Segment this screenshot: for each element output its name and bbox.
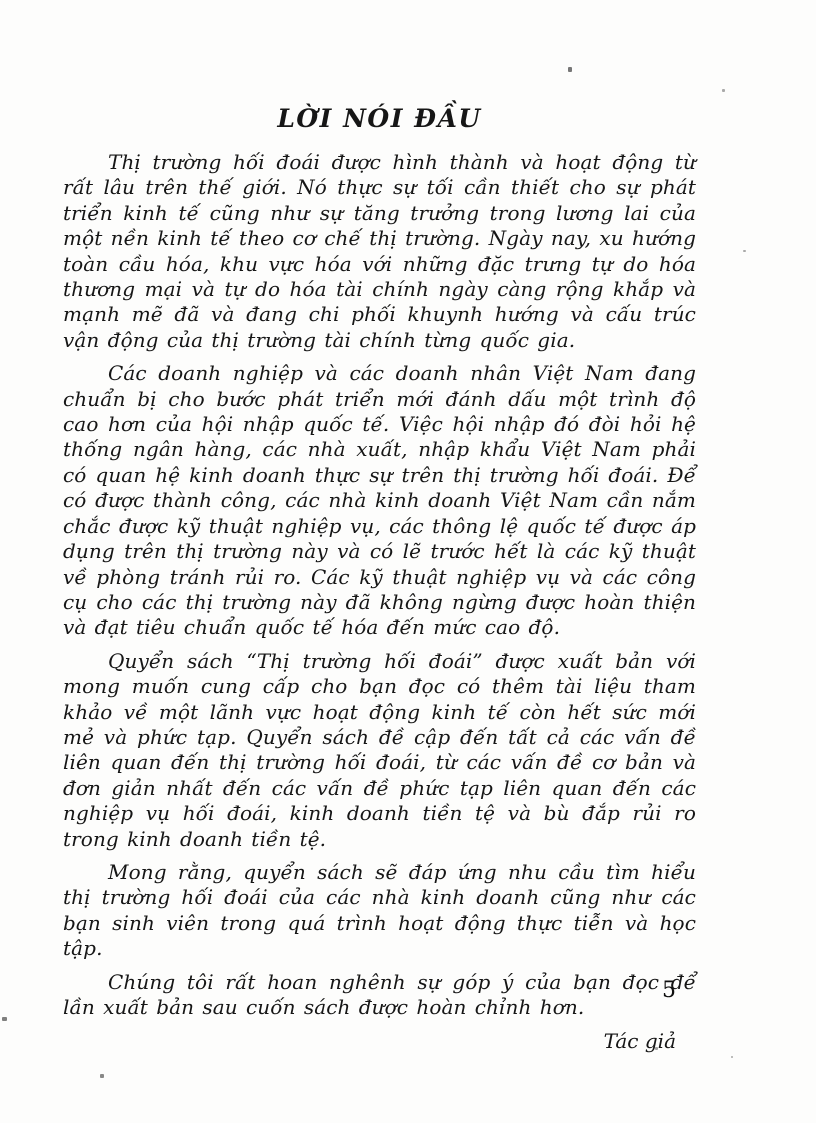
paragraph-book-purpose: Quyển sách “Thị trường hối đoái” được xu… <box>63 649 696 852</box>
page-title: LỜI NÓI ĐẦU <box>63 103 696 135</box>
book-page: LỜI NÓI ĐẦU Thị trường hối đoái được hìn… <box>0 0 816 1123</box>
paragraph-intro: Thị trường hối đoái được hình thành và h… <box>63 150 696 353</box>
author-signature: Tác giả <box>63 1029 696 1054</box>
scan-speck <box>2 1017 7 1021</box>
paragraph-hope: Mong rằng, quyển sách sẽ đáp ứng nhu cầu… <box>63 860 696 962</box>
scan-speck <box>731 1056 733 1058</box>
scan-speck <box>722 89 725 92</box>
scan-speck <box>568 67 572 72</box>
scan-speck <box>655 1047 658 1050</box>
scan-speck <box>100 1074 104 1078</box>
text-block: LỜI NÓI ĐẦU Thị trường hối đoái được hìn… <box>63 103 696 1054</box>
paragraph-businesses: Các doanh nghiệp và các doanh nhân Việt … <box>63 361 696 640</box>
page-number: 5 <box>662 978 676 1003</box>
scan-speck <box>743 250 746 252</box>
paragraph-feedback: Chúng tôi rất hoan nghênh sự góp ý của b… <box>63 970 696 1021</box>
